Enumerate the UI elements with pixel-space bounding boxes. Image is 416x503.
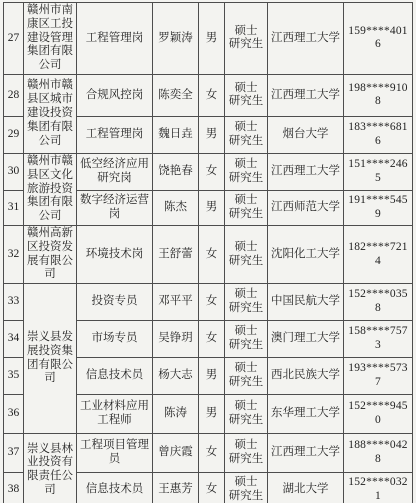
row-number-cell: 36 [4,395,24,434]
name-cell: 陈奕全 [153,74,199,116]
name-cell: 魏日垚 [153,116,199,153]
row-number-cell: 28 [4,74,24,116]
position-cell: 信息技术员 [77,473,153,503]
name-cell: 罗颖涛 [153,3,199,75]
table-row: 28 赣州市赣县区城市建设投资集团有限公司 合规风控岗 陈奕全 女 硕士 研究生… [4,74,413,116]
university-cell: 江西师范大学 [268,191,344,225]
company-cell: 赣州市南康区工投建设管理集团有限公司 [24,3,77,75]
gender-cell: 女 [199,321,225,358]
name-cell: 邓平平 [153,284,199,321]
table-row: 33 崇义县发展投资集团有限公司 投资专员 邓平平 女 硕士 研究生 中国民航大… [4,284,413,321]
gender-cell: 男 [199,3,225,75]
phone-cell: 183****6816 [344,116,413,153]
gender-cell: 女 [199,225,225,283]
position-cell: 工程项目管理员 [77,434,153,473]
phone-cell: 158****7573 [344,321,413,358]
company-cell: 崇义县发展投资集团有限公司 [24,284,77,434]
position-cell: 投资专员 [77,284,153,321]
education-cell: 硕士 研究生 [225,321,268,358]
education-cell: 硕士 研究生 [225,74,268,116]
education-cell: 硕士 研究生 [225,434,268,473]
name-cell: 王惠芳 [153,473,199,503]
phone-cell: 151****2465 [344,153,413,191]
university-cell: 中国民航大学 [268,284,344,321]
company-cell: 崇义县林业投资有限责任公司 [24,434,77,503]
position-cell: 低空经济应用研究岗 [77,153,153,191]
education-cell: 硕士 研究生 [225,153,268,191]
name-cell: 饶艳春 [153,153,199,191]
name-cell: 陈涛 [153,395,199,434]
table-row: 30 赣州市赣县区文化旅游投资集团有限公司 低空经济应用研究岗 饶艳春 女 硕士… [4,153,413,191]
phone-cell: 159****4016 [344,3,413,75]
row-number-cell: 29 [4,116,24,153]
education-cell: 硕士 研究生 [225,191,268,225]
university-cell: 江西理工大学 [268,74,344,116]
gender-cell: 男 [199,358,225,395]
name-cell: 王舒蕾 [153,225,199,283]
education-cell: 硕士 研究生 [225,225,268,283]
university-cell: 沈阳化工大学 [268,225,344,283]
education-cell: 硕士 研究生 [225,116,268,153]
row-number-cell: 30 [4,153,24,191]
position-cell: 工程管理岗 [77,3,153,75]
document-page: 27 赣州市南康区工投建设管理集团有限公司 工程管理岗 罗颖涛 男 硕士 研究生… [0,0,416,503]
education-cell: 硕士 研究生 [225,395,268,434]
position-cell: 合规风控岗 [77,74,153,116]
name-cell: 杨大志 [153,358,199,395]
university-cell: 江西理工大学 [268,434,344,473]
row-number-cell: 34 [4,321,24,358]
education-cell: 硕士 研究生 [225,473,268,503]
name-cell: 吴铮玥 [153,321,199,358]
education-cell: 硕士 研究生 [225,3,268,75]
row-number-cell: 31 [4,191,24,225]
phone-cell: 152****0321 [344,473,413,503]
university-cell: 江西理工大学 [268,153,344,191]
row-number-cell: 33 [4,284,24,321]
table-row: 27 赣州市南康区工投建设管理集团有限公司 工程管理岗 罗颖涛 男 硕士 研究生… [4,3,413,75]
recruitment-table: 27 赣州市南康区工投建设管理集团有限公司 工程管理岗 罗颖涛 男 硕士 研究生… [3,2,413,503]
position-cell: 数字经济运营岗 [77,191,153,225]
phone-cell: 191****5459 [344,191,413,225]
university-cell: 湖北大学 [268,473,344,503]
phone-cell: 188****0428 [344,434,413,473]
gender-cell: 男 [199,191,225,225]
gender-cell: 男 [199,395,225,434]
row-number-cell: 38 [4,473,24,503]
university-cell: 东华理工大学 [268,395,344,434]
table-row: 37 崇义县林业投资有限责任公司 工程项目管理员 曾庆霞 女 硕士 研究生 江西… [4,434,413,473]
position-cell: 环境技术岗 [77,225,153,283]
gender-cell: 女 [199,74,225,116]
education-cell: 硕士 研究生 [225,358,268,395]
position-cell: 市场专员 [77,321,153,358]
gender-cell: 女 [199,473,225,503]
position-cell: 工业材料应用工程师 [77,395,153,434]
phone-cell: 152****9450 [344,395,413,434]
phone-cell: 152****0358 [344,284,413,321]
university-cell: 江西理工大学 [268,3,344,75]
phone-cell: 198****9108 [344,74,413,116]
gender-cell: 女 [199,434,225,473]
university-cell: 西北民族大学 [268,358,344,395]
row-number-cell: 35 [4,358,24,395]
gender-cell: 男 [199,116,225,153]
name-cell: 曾庆霞 [153,434,199,473]
university-cell: 澳门理工大学 [268,321,344,358]
row-number-cell: 32 [4,225,24,283]
company-cell: 赣州高新区投资发展有限公司 [24,225,77,283]
company-cell: 赣州市赣县区城市建设投资集团有限公司 [24,74,77,153]
phone-cell: 193****5737 [344,358,413,395]
row-number-cell: 37 [4,434,24,473]
university-cell: 烟台大学 [268,116,344,153]
position-cell: 信息技术员 [77,358,153,395]
gender-cell: 女 [199,153,225,191]
company-cell: 赣州市赣县区文化旅游投资集团有限公司 [24,153,77,225]
education-cell: 硕士 研究生 [225,284,268,321]
phone-cell: 182****7214 [344,225,413,283]
gender-cell: 女 [199,284,225,321]
row-number-cell: 27 [4,3,24,75]
table-row: 32 赣州高新区投资发展有限公司 环境技术岗 王舒蕾 女 硕士 研究生 沈阳化工… [4,225,413,283]
name-cell: 陈杰 [153,191,199,225]
position-cell: 工程管理岗 [77,116,153,153]
